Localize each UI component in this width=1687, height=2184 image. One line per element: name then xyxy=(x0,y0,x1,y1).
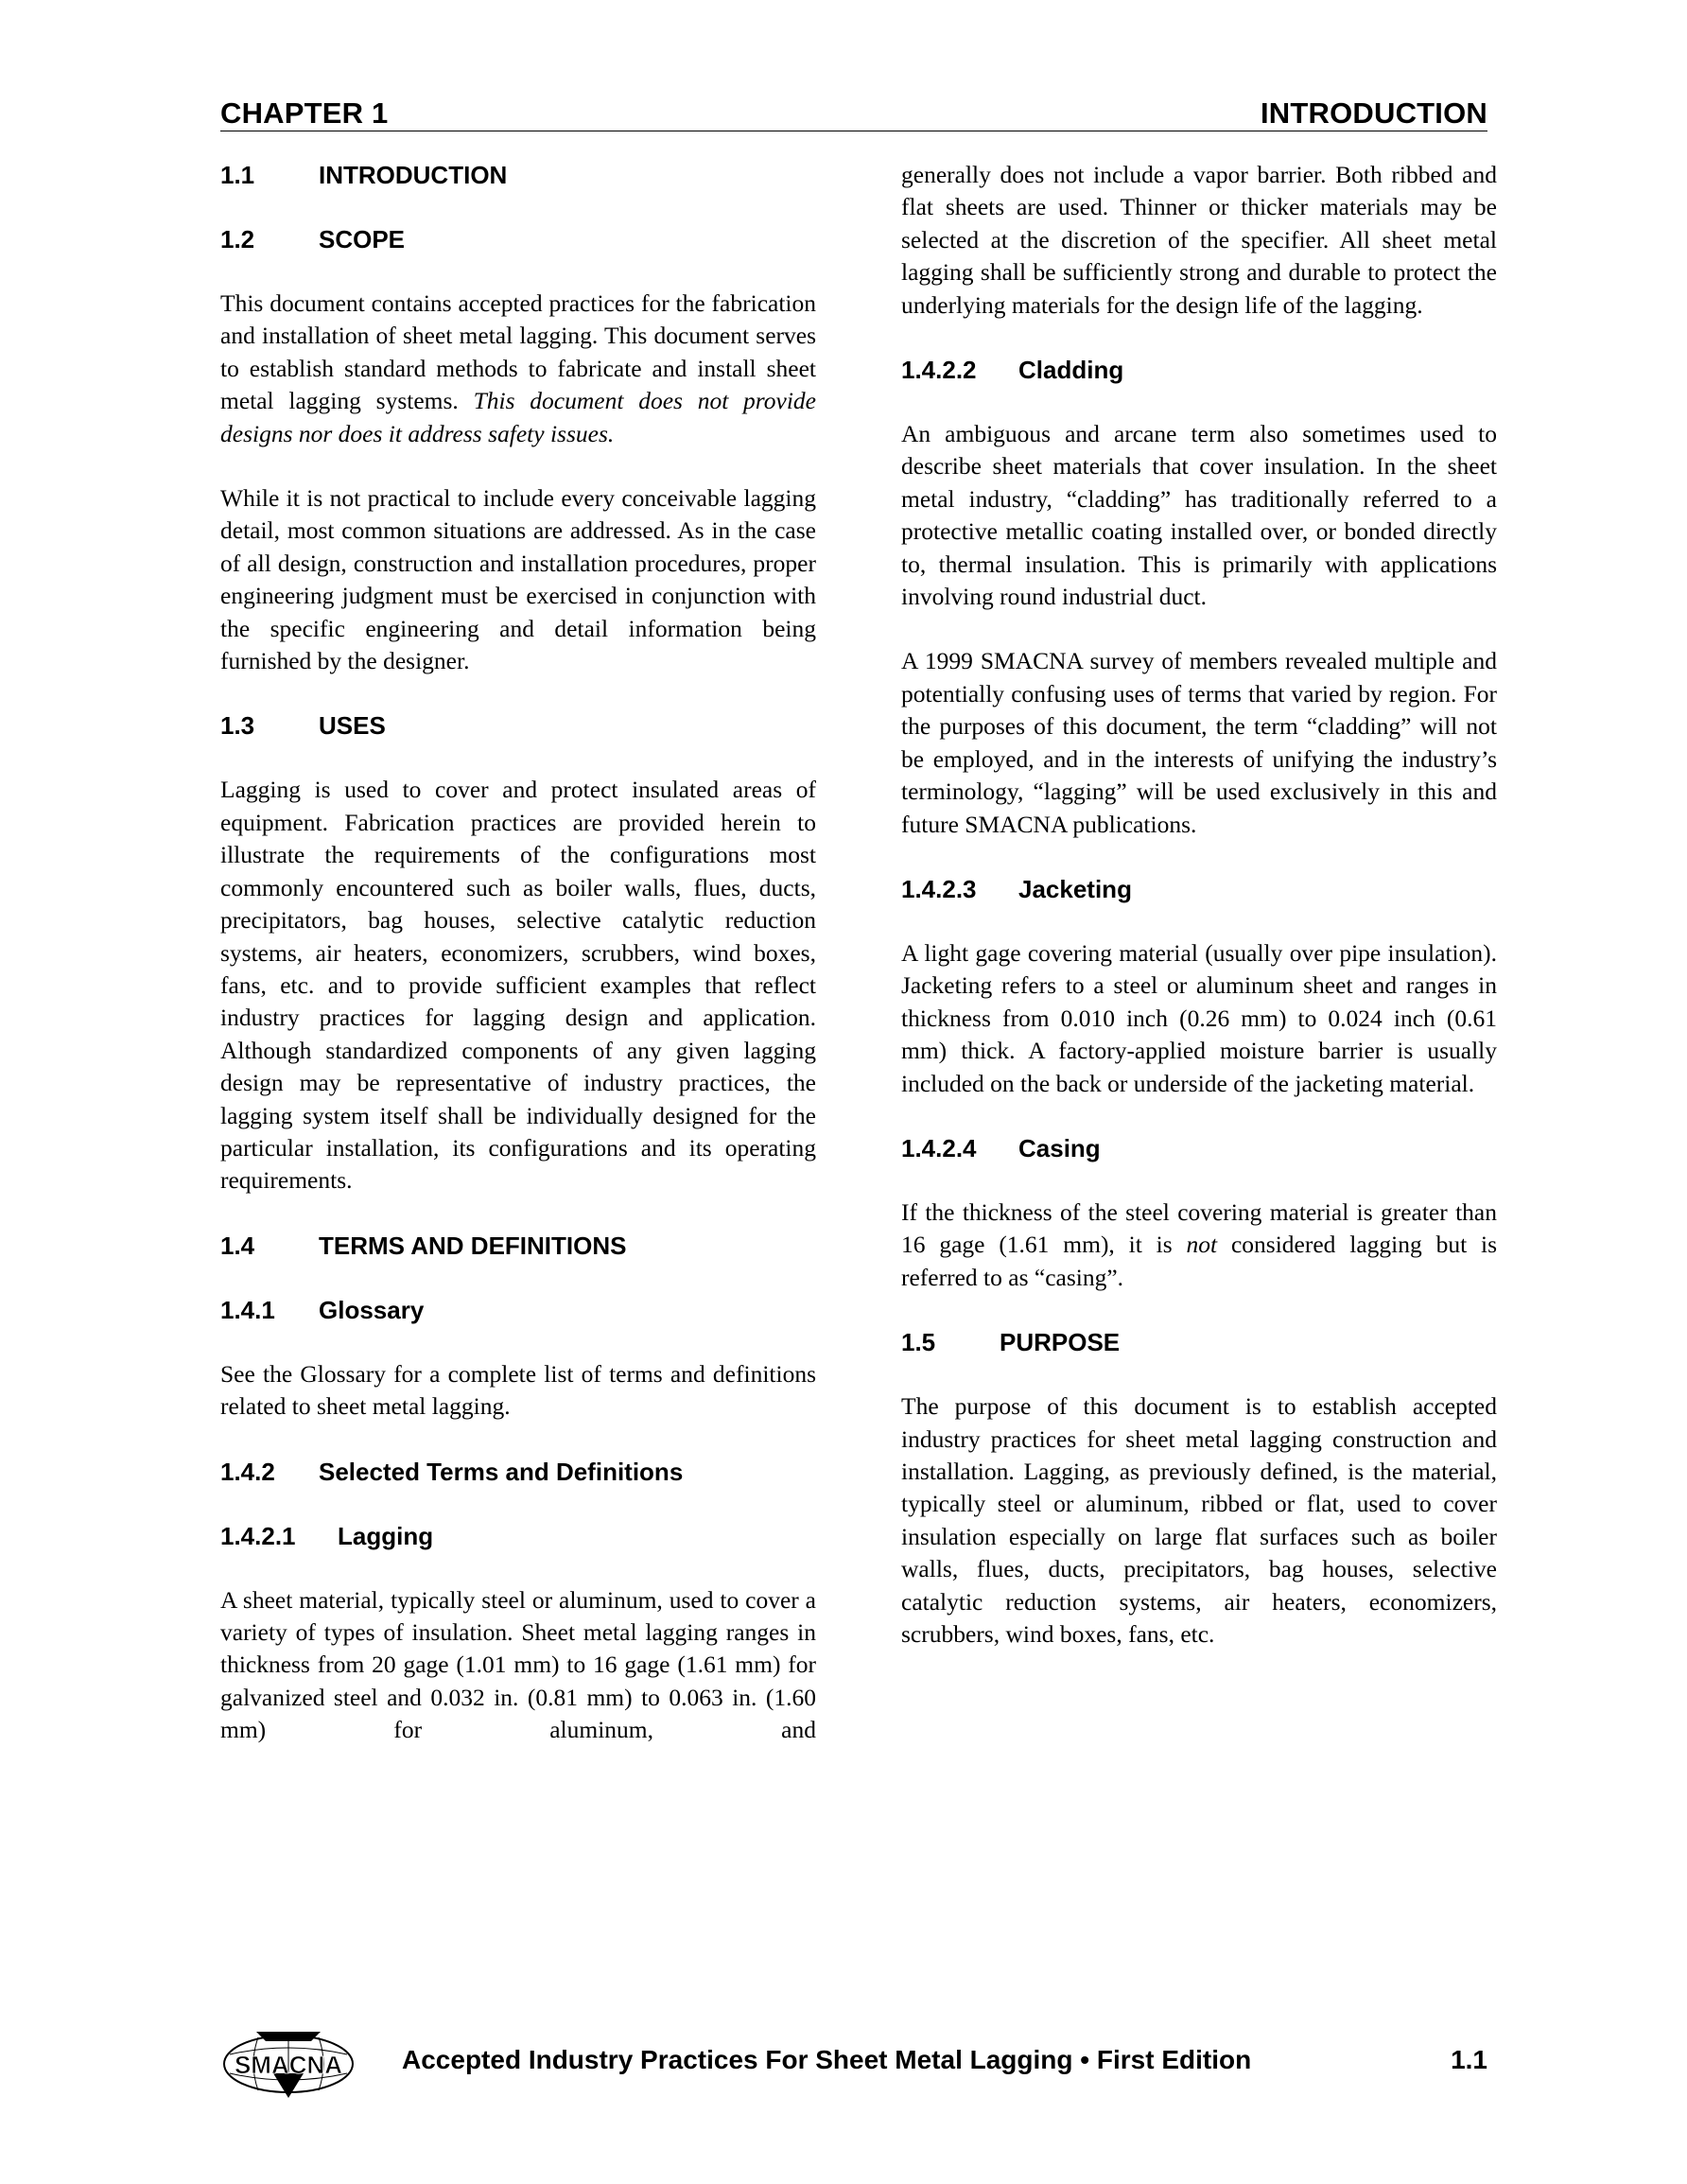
page-header: CHAPTER 1 INTRODUCTION xyxy=(220,83,1487,131)
right-column: generally does not include a vapor barri… xyxy=(901,159,1497,1683)
uses-paragraph: Lagging is used to cover and protect ins… xyxy=(220,774,816,1197)
smacna-logo-icon: SMACNA xyxy=(220,2024,357,2100)
document-page: CHAPTER 1 INTRODUCTION 1.1 INTRODUCTION … xyxy=(0,0,1687,2184)
purpose-paragraph: The purpose of this document is to estab… xyxy=(901,1390,1497,1651)
section-title: USES xyxy=(319,709,386,742)
page-footer: SMACNA Accepted Industry Practices For S… xyxy=(220,2024,1487,2100)
lagging-paragraph-continued: generally does not include a vapor barri… xyxy=(901,159,1497,322)
section-heading-1-3: 1.3 USES xyxy=(220,709,816,742)
section-number: 1.4.2.2 xyxy=(901,354,1018,386)
section-title: Casing xyxy=(1018,1132,1101,1164)
lagging-paragraph: A sheet material, typically steel or alu… xyxy=(220,1584,816,1747)
section-title: Glossary xyxy=(319,1294,424,1326)
scope-paragraph-2: While it is not practical to include eve… xyxy=(220,482,816,677)
section-number: 1.4 xyxy=(220,1230,319,1262)
section-number: 1.1 xyxy=(220,159,319,191)
section-heading-1-4-2: 1.4.2 Selected Terms and Definitions xyxy=(220,1456,816,1488)
glossary-paragraph: See the Glossary for a complete list of … xyxy=(220,1358,816,1424)
section-heading-1-1: 1.1 INTRODUCTION xyxy=(220,159,816,191)
header-divider xyxy=(220,131,1487,131)
section-title: Selected Terms and Definitions xyxy=(319,1456,683,1488)
section-number: 1.4.2.4 xyxy=(901,1132,1018,1164)
section-number: 1.5 xyxy=(901,1326,1000,1358)
section-heading-1-4-2-2: 1.4.2.2 Cladding xyxy=(901,354,1497,386)
section-heading-1-4-2-1: 1.4.2.1 Lagging xyxy=(220,1520,816,1552)
section-number: 1.4.2.3 xyxy=(901,873,1018,905)
casing-paragraph: If the thickness of the steel covering m… xyxy=(901,1197,1497,1294)
section-number: 1.4.1 xyxy=(220,1294,319,1326)
section-title: SCOPE xyxy=(319,223,405,255)
cladding-paragraph-2: A 1999 SMACNA survey of members revealed… xyxy=(901,645,1497,840)
section-number: 1.4.2.1 xyxy=(220,1520,338,1552)
section-number: 1.2 xyxy=(220,223,319,255)
section-title: TERMS AND DEFINITIONS xyxy=(319,1230,626,1262)
chapter-label: CHAPTER 1 xyxy=(220,96,389,131)
cladding-paragraph-1: An ambiguous and arcane term also someti… xyxy=(901,418,1497,613)
section-number: 1.3 xyxy=(220,709,319,742)
section-title: Jacketing xyxy=(1018,873,1132,905)
section-number: 1.4.2 xyxy=(220,1456,319,1488)
emphasis-text: not xyxy=(1187,1231,1218,1258)
section-heading-1-4-2-4: 1.4.2.4 Casing xyxy=(901,1132,1497,1164)
section-title: PURPOSE xyxy=(1000,1326,1120,1358)
left-column: 1.1 INTRODUCTION 1.2 SCOPE This document… xyxy=(220,159,816,1779)
footer-publication-title: Accepted Industry Practices For Sheet Me… xyxy=(402,2045,1251,2075)
section-title: Lagging xyxy=(338,1520,433,1552)
svg-text:SMACNA: SMACNA xyxy=(235,2051,342,2079)
section-title: INTRODUCTION xyxy=(319,159,507,191)
jacketing-paragraph: A light gage covering material (usually … xyxy=(901,937,1497,1100)
section-heading-1-5: 1.5 PURPOSE xyxy=(901,1326,1497,1358)
scope-paragraph-1: This document contains accepted practice… xyxy=(220,288,816,450)
section-heading-1-4-1: 1.4.1 Glossary xyxy=(220,1294,816,1326)
section-heading-1-4-2-3: 1.4.2.3 Jacketing xyxy=(901,873,1497,905)
chapter-title: INTRODUCTION xyxy=(1261,96,1487,131)
section-heading-1-2: 1.2 SCOPE xyxy=(220,223,816,255)
section-title: Cladding xyxy=(1018,354,1123,386)
section-heading-1-4: 1.4 TERMS AND DEFINITIONS xyxy=(220,1230,816,1262)
page-number: 1.1 xyxy=(1451,2045,1487,2075)
